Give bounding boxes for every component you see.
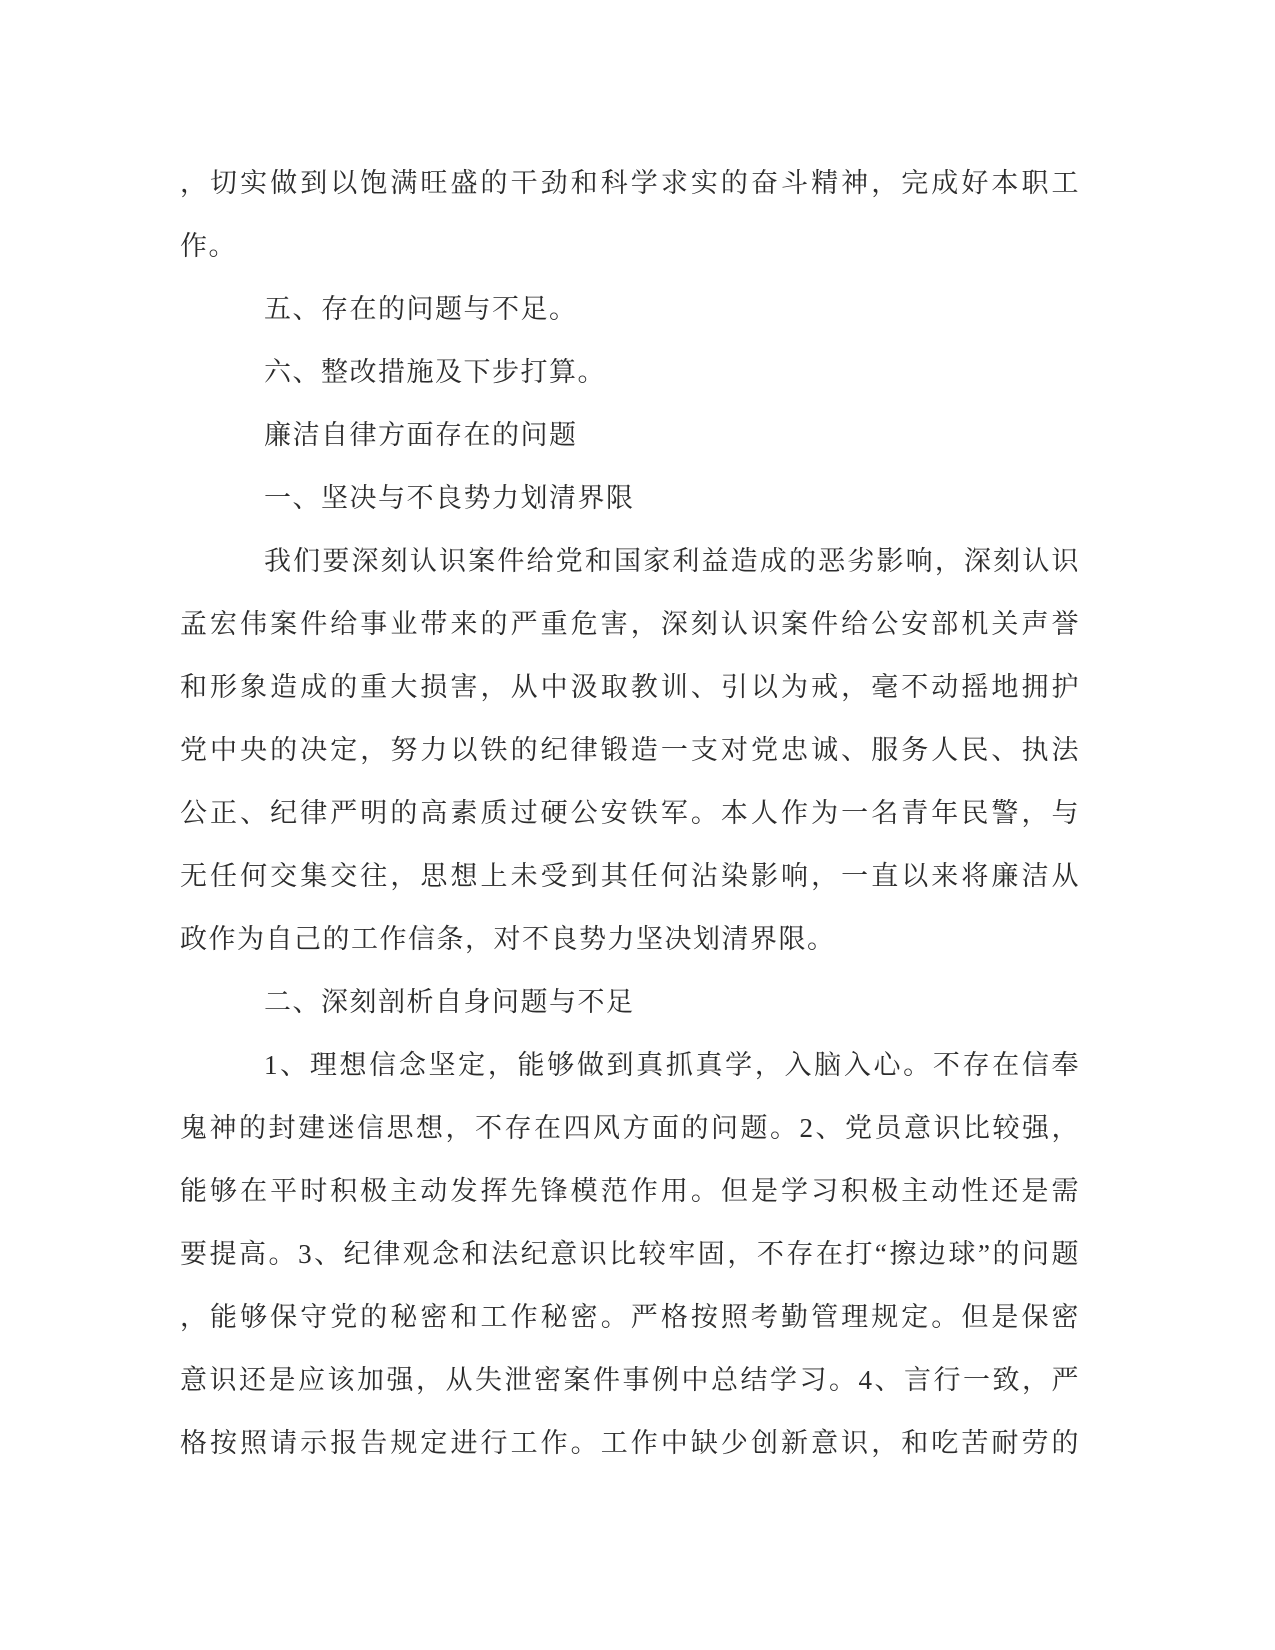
text-line: 1、理想信念坚定，能够做到真抓真学，入脑入心。不存在信奉: [180, 1034, 1080, 1097]
text-line: 要提高。3、纪律观念和法纪意识比较牢固，不存在打“擦边球”的问题: [180, 1223, 1080, 1286]
text-line: 意识还是应该加强，从失泄密案件事例中总结学习。4、言行一致，严: [180, 1349, 1080, 1412]
document-page: ，切实做到以饱满旺盛的干劲和科学求实的奋斗精神，完成好本职工 作。 五、存在的问…: [0, 0, 1275, 1650]
text-line: 廉洁自律方面存在的问题: [180, 404, 1080, 467]
text-line: 我们要深刻认识案件给党和国家利益造成的恶劣影响，深刻认识: [180, 530, 1080, 593]
text-line: 作。: [180, 215, 1080, 278]
text-line: ，切实做到以饱满旺盛的干劲和科学求实的奋斗精神，完成好本职工: [180, 152, 1080, 215]
document-body: ，切实做到以饱满旺盛的干劲和科学求实的奋斗精神，完成好本职工 作。 五、存在的问…: [180, 152, 1080, 1475]
text-line: 一、坚决与不良势力划清界限: [180, 467, 1080, 530]
text-line: 无任何交集交往，思想上未受到其任何沾染影响，一直以来将廉洁从: [180, 845, 1080, 908]
text-line: ，能够保守党的秘密和工作秘密。严格按照考勤管理规定。但是保密: [180, 1286, 1080, 1349]
text-line: 能够在平时积极主动发挥先锋模范作用。但是学习积极主动性还是需: [180, 1160, 1080, 1223]
text-line: 格按照请示报告规定进行工作。工作中缺少创新意识，和吃苦耐劳的: [180, 1412, 1080, 1475]
text-line: 鬼神的封建迷信思想，不存在四风方面的问题。2、党员意识比较强，: [180, 1097, 1080, 1160]
text-line: 孟宏伟案件给事业带来的严重危害，深刻认识案件给公安部机关声誉: [180, 593, 1080, 656]
text-line: 六、整改措施及下步打算。: [180, 341, 1080, 404]
text-line: 公正、纪律严明的高素质过硬公安铁军。本人作为一名青年民警，与: [180, 782, 1080, 845]
text-line: 二、深刻剖析自身问题与不足: [180, 971, 1080, 1034]
text-line: 党中央的决定，努力以铁的纪律锻造一支对党忠诚、服务人民、执法: [180, 719, 1080, 782]
text-line: 政作为自己的工作信条，对不良势力坚决划清界限。: [180, 908, 1080, 971]
text-line: 五、存在的问题与不足。: [180, 278, 1080, 341]
text-line: 和形象造成的重大损害，从中汲取教训、引以为戒，毫不动摇地拥护: [180, 656, 1080, 719]
